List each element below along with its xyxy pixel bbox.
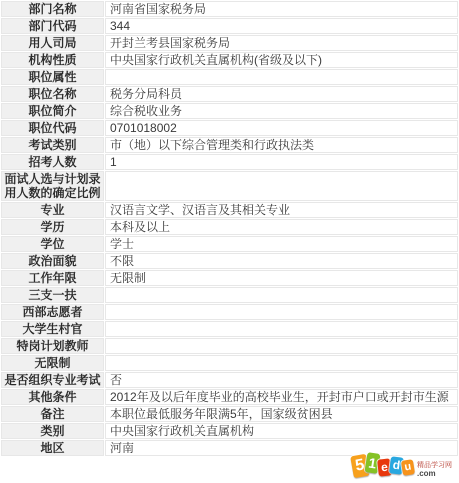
field-label: 西部志愿者	[1, 304, 104, 320]
field-label: 专业	[1, 202, 104, 218]
field-value: 1	[105, 154, 458, 170]
field-label: 学位	[1, 236, 104, 252]
field-label: 面试人选与计划录用人数的确定比例	[1, 171, 104, 201]
field-label: 备注	[1, 406, 104, 422]
table-row: 学历本科及以上	[1, 219, 458, 235]
logo-text-block: 精品学习网 .com	[417, 462, 452, 478]
field-label: 用人司局	[1, 35, 104, 51]
table-row: 职位简介综合税收业务	[1, 103, 458, 119]
table-row: 用人司局开封兰考县国家税务局	[1, 35, 458, 51]
field-value	[105, 171, 458, 201]
table-row: 部门名称河南省国家税务局	[1, 1, 458, 17]
field-value: 市（地）以下综合管理类和行政执法类	[105, 137, 458, 153]
table-row: 职位名称税务分局科员	[1, 86, 458, 102]
field-value	[105, 304, 458, 320]
table-row: 面试人选与计划录用人数的确定比例	[1, 171, 458, 201]
field-value: 综合税收业务	[105, 103, 458, 119]
field-label: 大学生村官	[1, 321, 104, 337]
field-value: 344	[105, 18, 458, 34]
field-value	[105, 355, 458, 371]
field-label: 类别	[1, 423, 104, 439]
site-watermark-logo: 51edu 精品学习网 .com	[352, 446, 459, 483]
position-info-table: 部门名称河南省国家税务局部门代码344用人司局开封兰考县国家税务局机构性质中央国…	[0, 0, 459, 457]
field-value: 河南省国家税务局	[105, 1, 458, 17]
field-value: 本职位最低服务年限满5年，国家级贫困县	[105, 406, 458, 422]
field-label: 考试类别	[1, 137, 104, 153]
table-row: 类别中央国家行政机关直属机构	[1, 423, 458, 439]
field-value: 否	[105, 372, 458, 388]
table-row: 三支一扶	[1, 287, 458, 303]
table-row: 招考人数1	[1, 154, 458, 170]
field-value: 税务分局科员	[105, 86, 458, 102]
field-value	[105, 69, 458, 85]
field-value: 本科及以上	[105, 219, 458, 235]
field-label: 地区	[1, 440, 104, 456]
table-row: 政治面貌不限	[1, 253, 458, 269]
field-value: 无限制	[105, 270, 458, 286]
table-row: 工作年限无限制	[1, 270, 458, 286]
field-label: 部门名称	[1, 1, 104, 17]
logo-tiles: 51edu	[352, 453, 414, 477]
table-row: 是否组织专业考试否	[1, 372, 458, 388]
field-value	[105, 321, 458, 337]
field-value	[105, 338, 458, 354]
table-row: 其他条件2012年及以后年度毕业的高校毕业生，开封市户口或开封市生源	[1, 389, 458, 405]
field-value: 汉语言文学、汉语言及其相关专业	[105, 202, 458, 218]
logo-letter-tile: u	[401, 459, 415, 476]
table-row: 职位代码0701018002	[1, 120, 458, 136]
site-domain-text: .com	[417, 470, 452, 478]
field-label: 三支一扶	[1, 287, 104, 303]
field-label: 学历	[1, 219, 104, 235]
field-label: 工作年限	[1, 270, 104, 286]
field-value: 开封兰考县国家税务局	[105, 35, 458, 51]
table-row: 学位学士	[1, 236, 458, 252]
field-label: 职位名称	[1, 86, 104, 102]
position-table-body: 部门名称河南省国家税务局部门代码344用人司局开封兰考县国家税务局机构性质中央国…	[1, 1, 458, 456]
table-row: 职位属性	[1, 69, 458, 85]
field-value: 0701018002	[105, 120, 458, 136]
field-label: 部门代码	[1, 18, 104, 34]
field-label: 招考人数	[1, 154, 104, 170]
table-row: 西部志愿者	[1, 304, 458, 320]
field-value: 中央国家行政机关直属机构(省级及以下)	[105, 52, 458, 68]
field-label: 职位代码	[1, 120, 104, 136]
field-value: 2012年及以后年度毕业的高校毕业生，开封市户口或开封市生源	[105, 389, 458, 405]
table-row: 无限制	[1, 355, 458, 371]
field-label: 政治面貌	[1, 253, 104, 269]
table-row: 特岗计划教师	[1, 338, 458, 354]
table-row: 备注本职位最低服务年限满5年，国家级贫困县	[1, 406, 458, 422]
field-label: 特岗计划教师	[1, 338, 104, 354]
field-label: 是否组织专业考试	[1, 372, 104, 388]
table-row: 大学生村官	[1, 321, 458, 337]
table-row: 部门代码344	[1, 18, 458, 34]
table-row: 考试类别市（地）以下综合管理类和行政执法类	[1, 137, 458, 153]
field-label: 机构性质	[1, 52, 104, 68]
field-label: 其他条件	[1, 389, 104, 405]
table-row: 专业汉语言文学、汉语言及其相关专业	[1, 202, 458, 218]
field-value: 不限	[105, 253, 458, 269]
field-label: 无限制	[1, 355, 104, 371]
table-row: 机构性质中央国家行政机关直属机构(省级及以下)	[1, 52, 458, 68]
field-value: 中央国家行政机关直属机构	[105, 423, 458, 439]
field-label: 职位简介	[1, 103, 104, 119]
field-value	[105, 287, 458, 303]
field-label: 职位属性	[1, 69, 104, 85]
field-value: 学士	[105, 236, 458, 252]
